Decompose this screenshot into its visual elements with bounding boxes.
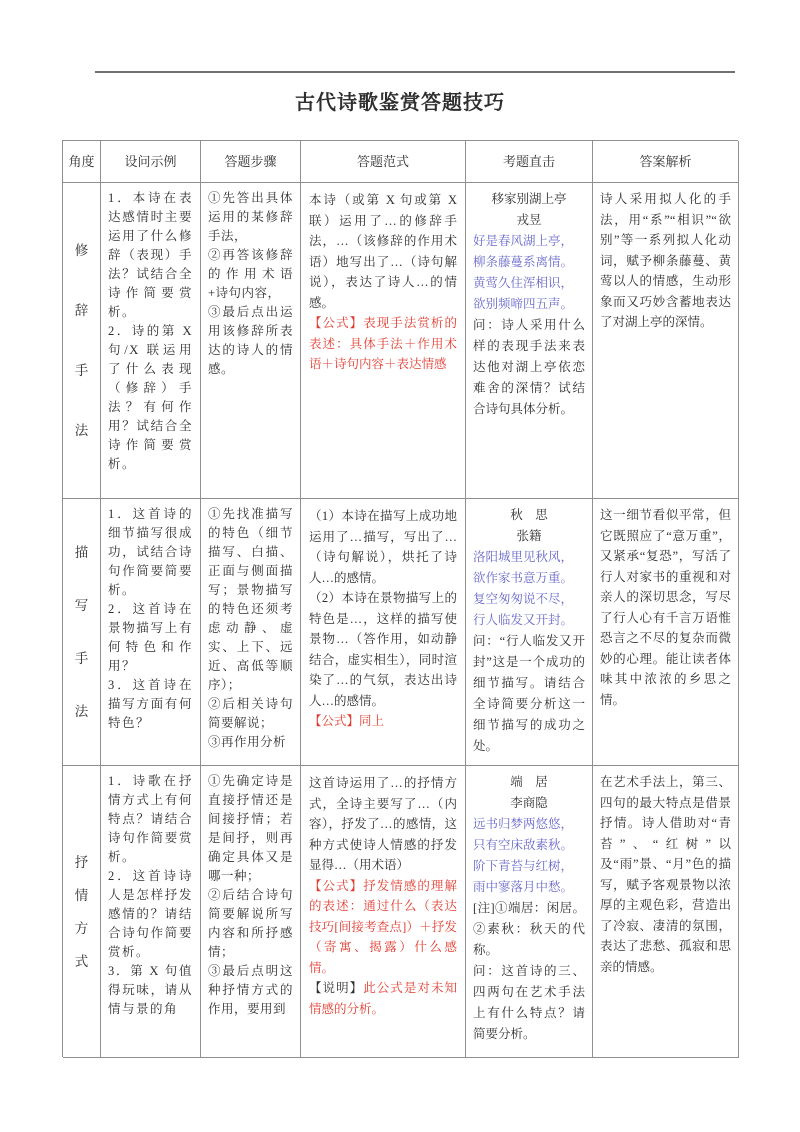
paragraph: ①先找准描写的特色（细节描写、白描、正面与侧面描写；景物描写的特色还须考虑动静、… (208, 505, 293, 695)
cell-rhetoric-steps: ①先答出具体运用的某修辞手法，②再答该修辞的作用术语+诗句内容，③最后点出运用该… (201, 183, 301, 499)
paragraph: 问：诗人采用什么样的表现手法来表达他对湖上亭依恋难舍的深情？试结合诗句具体分析。 (473, 315, 585, 420)
paragraph: 欲别频啼四五声。 (473, 294, 585, 315)
cell-lyrical-questions: 1．诗歌在抒情方式上有何特点？请结合诗句作简要赏析。2．这首诗诗人是怎样抒发感情… (101, 766, 201, 1058)
paragraph: 戎昱 (473, 210, 585, 231)
paragraph: 在艺术手法上，第三、四句的最大特点是借景抒情。诗人借助对“青苔”、“红树”以及“… (600, 772, 731, 977)
paragraph: ②后相关诗句简要解说； (208, 695, 293, 733)
column-header-angle: 角度 (63, 141, 101, 183)
poetry-technique-table: 角度 设问示例 答题步骤 答题范式 考题直击 答案解析 修辞手法 1．本诗在表达… (62, 140, 738, 1057)
row-header-lyrical: 抒情方式 (63, 766, 101, 1058)
cell-rhetoric-exam: 移家别湖上亭戎昱好是春风湖上亭，柳条藤蔓系离情。黄莺久住浑相识，欲别频啼四五声。… (466, 183, 593, 499)
paragraph: 【公式】抒发情感的理解的表述：通过什么（表达技巧[间接考查点]）＋抒发（寄寓、揭… (309, 876, 457, 979)
column-header-steps: 答题步骤 (201, 141, 301, 183)
column-header-exam: 考题直击 (466, 141, 593, 183)
angle-character: 方 (75, 919, 89, 938)
paragraph: （2）本诗在景物描写上的特色是…，这样的描写使景物…（答作用，如动静结合，虚实相… (309, 588, 457, 711)
paragraph: [注]①端居：闲居。②素秋：秋天的代称。 (473, 898, 585, 961)
column-header-analysis: 答案解析 (593, 141, 739, 183)
cell-description-steps: ①先找准描写的特色（细节描写、白描、正面与侧面描写；景物描写的特色还须考虑动静、… (201, 499, 301, 766)
row-header-rhetoric: 修辞手法 (63, 183, 101, 499)
column-header-questions: 设问示例 (101, 141, 201, 183)
paragraph: ②后结合诗句简要解说所写内容和所抒感情； (208, 886, 293, 962)
paragraph: ①先答出具体运用的某修辞手法， (208, 189, 293, 246)
row-header-description: 描写手法 (63, 499, 101, 766)
cell-description-exam: 秋 思张籍洛阳城里见秋风，欲作家书意万重。复空匆匆说不尽，行人临发又开封。问：“… (466, 499, 593, 766)
paragraph: 柳条藤蔓系离情。 (473, 252, 585, 273)
paragraph: （1）本诗在描写上成功地运用了…描写，写出了…（诗句解说），烘托了诗人…的感情。 (309, 506, 457, 588)
angle-character: 法 (75, 702, 89, 721)
paragraph: 阶下青苔与红树， (473, 856, 585, 877)
angle-character: 情 (75, 886, 89, 905)
angle-character: 手 (75, 361, 89, 380)
paragraph: 好是春风湖上亭， (473, 231, 585, 252)
paragraph: 端 居 (473, 772, 585, 793)
cell-rhetoric-questions: 1．本诗在表达感情时主要运用了什么修辞（表现）手法？试结合全诗作简要赏析。2．诗… (101, 183, 201, 499)
paragraph: ①先确定诗是直接抒情还是间接抒情；若是间抒，则再确定具体又是哪一种； (208, 772, 293, 886)
paragraph: 2．诗的第 X 句/X 联运用了什么表现（修辞）手法？有何作用？试结合全诗作简要… (108, 322, 193, 474)
angle-character: 描 (75, 543, 89, 562)
paragraph: ③再作用分析 (208, 733, 293, 752)
paragraph: 【公式】表现手法赏析的表述：具体手法＋作用术语＋诗句内容＋表达情感 (309, 313, 457, 375)
paragraph: 黄莺久住浑相识， (473, 273, 585, 294)
paragraph: 1．诗歌在抒情方式上有何特点？请结合诗句作简要赏析。 (108, 772, 193, 867)
cell-rhetoric-analysis: 诗人采用拟人化的手法，用“系”“相识”“欲别”等一系列拟人化动词，赋予柳条藤蔓、… (593, 183, 739, 499)
paragraph: 欲作家书意万重。 (473, 568, 585, 589)
paragraph: 复空匆匆说不尽， (473, 589, 585, 610)
angle-character: 写 (75, 596, 89, 615)
paragraph: 只有空床敌素秋。 (473, 835, 585, 856)
paragraph: 【公式】同上 (309, 711, 457, 732)
paragraph: 雨中寥落月中愁。 (473, 877, 585, 898)
paragraph: 本诗（或第 X 句或第 X 联）运用了…的修辞手法，…（该修辞的作用术语）地写出… (309, 190, 457, 313)
paragraph: 3．这首诗在描写方面有何特色？ (108, 676, 193, 733)
cell-description-paradigm: （1）本诗在描写上成功地运用了…描写，写出了…（诗句解说），烘托了诗人…的感情。… (301, 499, 466, 766)
paragraph: 这一细节看似平常，但它既照应了“意万重”，又紧承“复恐”，写活了行人对家书的重视… (600, 505, 731, 710)
angle-character: 辞 (75, 301, 89, 320)
column-header-paradigm: 答题范式 (301, 141, 466, 183)
paragraph: 2．这首诗在景物描写上有何特色和作用？ (108, 600, 193, 676)
angle-character: 修 (75, 241, 89, 260)
cell-lyrical-steps: ①先确定诗是直接抒情还是间接抒情；若是间抒，则再确定具体又是哪一种；②后结合诗句… (201, 766, 301, 1058)
paragraph: 2．这首诗诗人是怎样抒发感情的？请结合诗句作简要赏析。 (108, 867, 193, 962)
page-title: 古代诗歌鉴赏答题技巧 (0, 86, 800, 115)
cell-lyrical-paradigm: 这首诗运用了…的抒情方式，全诗主要写了…（内容），抒发了…的感情，这种方式使诗人… (301, 766, 466, 1058)
angle-character: 法 (75, 421, 89, 440)
cell-description-questions: 1．这首诗的细节描写很成功，试结合诗句作简要简要析。2．这首诗在景物描写上有何特… (101, 499, 201, 766)
paragraph: 移家别湖上亭 (473, 189, 585, 210)
document-page: 古代诗歌鉴赏答题技巧 角度 设问示例 答题步骤 答题范式 考题直击 答案解析 修… (0, 0, 800, 1132)
paragraph: 1．这首诗的细节描写很成功，试结合诗句作简要简要析。 (108, 505, 193, 600)
paragraph: 行人临发又开封。 (473, 610, 585, 631)
paragraph: 3．第 X 句值得玩味，请从情与景的角 (108, 962, 193, 1019)
angle-character: 式 (75, 952, 89, 971)
paragraph: 李商隐 (473, 793, 585, 814)
cell-lyrical-exam: 端 居李商隐远书归梦两悠悠，只有空床敌素秋。阶下青苔与红树，雨中寥落月中愁。[注… (466, 766, 593, 1058)
paragraph: ②再答该修辞的作用术语+诗句内容， (208, 246, 293, 303)
angle-character: 抒 (75, 853, 89, 872)
paragraph: 洛阳城里见秋风， (473, 547, 585, 568)
paragraph: 【说明】此公式是对未知情感的分析。 (309, 978, 457, 1019)
cell-rhetoric-paradigm: 本诗（或第 X 句或第 X 联）运用了…的修辞手法，…（该修辞的作用术语）地写出… (301, 183, 466, 499)
paragraph: 1．本诗在表达感情时主要运用了什么修辞（表现）手法？试结合全诗作简要赏析。 (108, 189, 193, 322)
cell-description-analysis: 这一细节看似平常，但它既照应了“意万重”，又紧承“复恐”，写活了行人对家书的重视… (593, 499, 739, 766)
angle-character: 手 (75, 649, 89, 668)
paragraph: 秋 思 (473, 505, 585, 526)
paragraph: 诗人采用拟人化的手法，用“系”“相识”“欲别”等一系列拟人化动词，赋予柳条藤蔓、… (600, 189, 731, 333)
paragraph: ③最后点明这种抒情方式的作用，要用到 (208, 962, 293, 1019)
paragraph: 张籍 (473, 526, 585, 547)
paragraph: 远书归梦两悠悠， (473, 814, 585, 835)
paragraph: 问：“行人临发又开封”这是一个成功的细节描写。请结合全诗简要分析这一细节描写的成… (473, 631, 585, 757)
paragraph: 问：这首诗的三、四两句在艺术手法上有什么特点？请简要分析。 (473, 961, 585, 1045)
header-rule (95, 71, 735, 73)
paragraph: 这首诗运用了…的抒情方式，全诗主要写了…（内容），抒发了…的感情，这种方式使诗人… (309, 773, 457, 876)
cell-lyrical-analysis: 在艺术手法上，第三、四句的最大特点是借景抒情。诗人借助对“青苔”、“红树”以及“… (593, 766, 739, 1058)
paragraph: ③最后点出运用该修辞所表达的诗人的情感。 (208, 303, 293, 379)
